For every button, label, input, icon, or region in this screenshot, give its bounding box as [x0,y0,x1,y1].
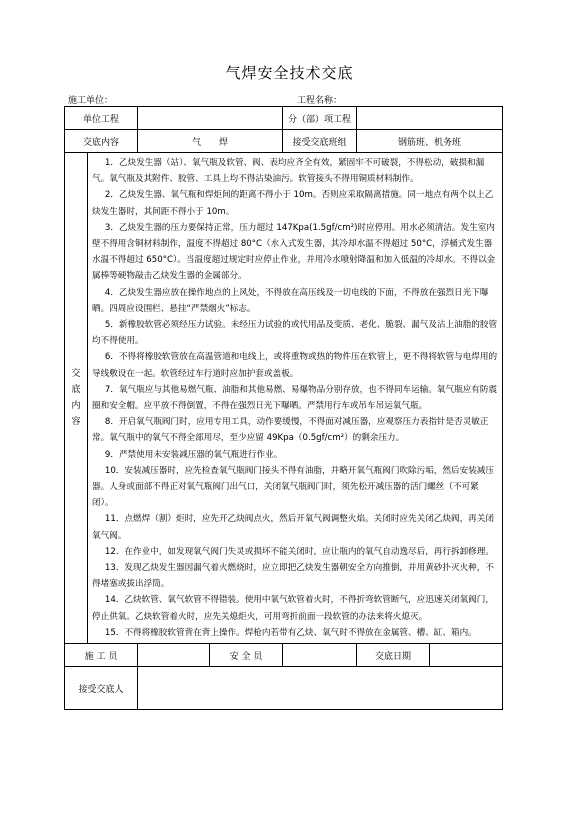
safety-item-3: 3．乙炔发生器的压力要保持正常，压力超过 147Kpa(1.5gf/cm²)时应… [92,220,498,285]
safety-item-5: 5．新橡胶软管必须经压力试验。未经压力试验的或代用品及变质、老化、脆裂、漏气及沾… [92,317,498,349]
receiver-row: 接受交底人 [65,667,503,710]
disclosure-content-value: 气 焊 [138,130,283,153]
safety-item-12: 12．在作业中，如发现氧气阀门失灵或损坏不能关闭时，应让瓶内的氧气自动逸尽后，再… [92,544,498,560]
content-body: 1．乙炔发生器（站）、氧气瓶及软管、阀、表均应齐全有效，紧固牢不可破裂，不得松动… [88,153,503,644]
unit-project-value[interactable] [138,107,283,130]
sub-project-value[interactable] [357,107,503,130]
content-label-char: 交 [65,366,87,382]
safety-item-1: 1．乙炔发生器（站）、氧气瓶及软管、阀、表均应齐全有效，紧固牢不可破裂，不得松动… [92,155,498,187]
disclosure-date-field[interactable] [430,644,503,667]
construction-worker-label: 施 工 员 [65,644,138,667]
construction-unit-label: 施工单位： [68,93,113,106]
disclosure-content-label: 交底内容 [65,130,138,153]
document-title: 气焊安全技术交底 [0,62,579,83]
safety-item-4: 4．乙炔发生器应放在操作地点的上风处，不得放在高压线及一切电线的下面，不得放在强… [92,285,498,317]
disclosure-date-label: 交底日期 [357,644,430,667]
safety-item-10: 10．安装减压器时，应先检查氧气瓶阀门接头不得有油脂，并略开氧气瓶阀门吹除污垢，… [92,463,498,512]
signature-row: 施 工 员 安 全 员 交底日期 [65,644,503,667]
safety-item-11: 11．点燃焊（割）炬时，应先开乙炔阀点火，然后开氧气阀调整火焰。关闭时应先关闭乙… [92,511,498,543]
receiving-team-value: 钢筋班、机务班 [357,130,503,153]
safety-officer-field[interactable] [283,644,357,667]
receiver-label: 接受交底人 [65,667,138,710]
safety-item-15: 15．不得将橡胶软管背在背上操作。焊枪内若带有乙炔、氧气时不得放在金属管、槽、缸… [92,625,498,641]
disclosure-table: 单位工程 分（部）项工程 交底内容 气 焊 接受交底班组 钢筋班、机务班 交 底… [64,106,503,710]
safety-officer-label: 安 全 员 [210,644,283,667]
safety-item-8: 8．开启氧气瓶阀门时，应用专用工具，动作要缓慢，不得面对减压器，应观察压力表指针… [92,414,498,446]
project-name-label: 工程名称： [297,93,342,106]
sub-project-label: 分（部）项工程 [283,107,357,130]
safety-item-2: 2．乙炔发生器、氧气瓶和焊炬间的距离不得小于 10m。否则应采取隔离措施。同一地… [92,187,498,219]
construction-worker-field[interactable] [138,644,210,667]
safety-item-9: 9．严禁使用未安装减压器的氧气瓶进行作业。 [92,447,498,463]
content-label-char: 底 [65,382,87,398]
content-row: 交 底 内 容 1．乙炔发生器（站）、氧气瓶及软管、阀、表均应齐全有效，紧固牢不… [65,153,503,644]
content-label-char: 容 [65,414,87,430]
safety-item-7: 7．氧气瓶应与其他易燃气瓶、油脂和其他易燃、易爆物品分别存放，也不得同车运输。氧… [92,382,498,414]
unit-project-label: 单位工程 [65,107,138,130]
safety-item-13: 13．发现乙炔发生器因漏气着火燃烧时，应立即把乙炔发生器朝安全方向推倒，并用黄砂… [92,560,498,592]
safety-item-14: 14．乙炔软管、氧气软管不得错装。使用中氧气软管着火时，不得折弯软管断气，应迅速… [92,592,498,624]
header-row-content-team: 交底内容 气 焊 接受交底班组 钢筋班、机务班 [65,130,503,153]
content-label-char: 内 [65,398,87,414]
content-section-label: 交 底 内 容 [65,153,88,644]
receiving-team-label: 接受交底班组 [283,130,357,153]
safety-item-6: 6．不得将橡胶软管放在高温管道和电线上，或将重物或热的物件压在软管上，更不得将软… [92,349,498,381]
receiver-signature-field[interactable] [138,667,503,710]
header-row-unit-project: 单位工程 分（部）项工程 [65,107,503,130]
